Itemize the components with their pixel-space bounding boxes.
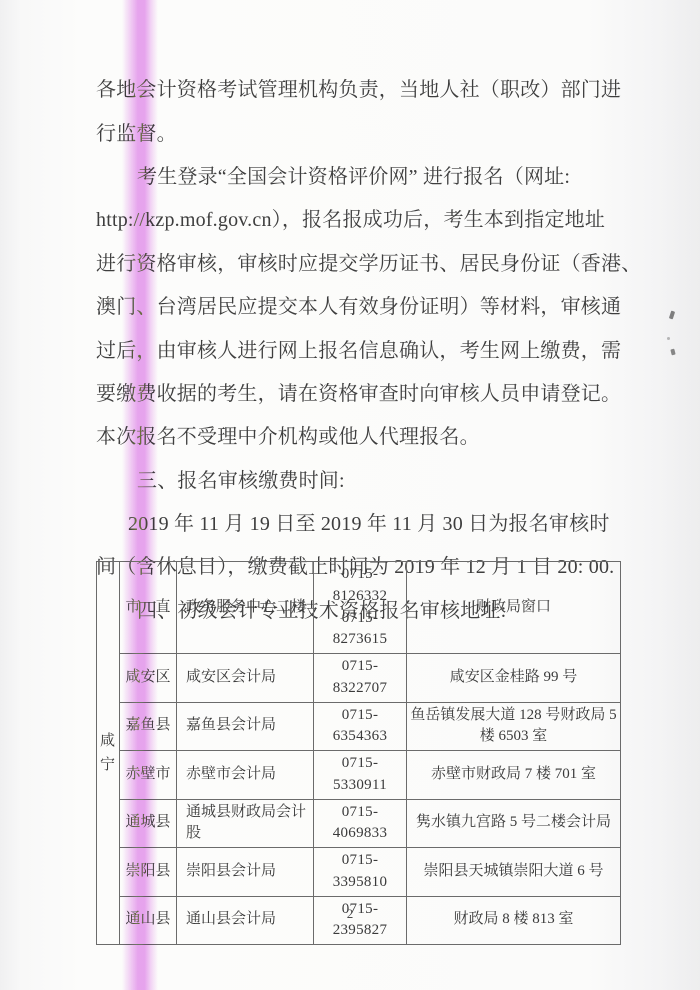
text-line: 要缴费收据的考生，请在资格审查时向审核人员申请登记。	[96, 370, 626, 413]
phone-cell: 0715-3395810	[314, 848, 407, 897]
scan-artifact	[669, 311, 675, 320]
scan-artifact	[670, 349, 675, 356]
phone-cell: 0715-6354363	[314, 702, 407, 751]
scan-artifact	[667, 337, 670, 340]
region-cell: 咸宁	[97, 562, 120, 945]
office-cell: 通城县财政局会计股	[177, 799, 314, 848]
office-cell: 赤壁市会计局	[177, 751, 314, 800]
office-cell: 嘉鱼县会计局	[177, 702, 314, 751]
registration-address-table: 咸宁 市 直 政务服务中心二楼 0715-8126332 0715-827361…	[96, 561, 621, 945]
address-cell: 赤壁市财政局 7 楼 701 室	[407, 751, 621, 800]
text-line: 过后，由审核人进行网上报名信息确认，考生网上缴费，需	[96, 326, 626, 369]
page-number: 2	[0, 906, 700, 922]
table-row: 嘉鱼县 嘉鱼县会计局 0715-6354363 鱼岳镇发展大道 128 号财政局…	[97, 702, 621, 751]
body-text: 各地会计资格考试管理机构负责，当地人社（职改）部门进 行监督。 考生登录“全国会…	[96, 66, 626, 630]
text-line: 考生登录“全国会计资格评价网” 进行报名（网址:	[96, 153, 626, 196]
phone-cell: 0715-8322707	[314, 654, 407, 703]
text-line: 行监督。	[96, 109, 626, 152]
phone-cell: 0715-4069833	[314, 799, 407, 848]
text-line: http://kzp.mof.gov.cn），报名报成功后，考生本到指定地址	[96, 196, 626, 239]
address-cell: 财政局窗口	[407, 562, 621, 654]
district-cell: 嘉鱼县	[120, 702, 177, 751]
table-row: 崇阳县 崇阳县会计局 0715-3395810 崇阳县天城镇崇阳大道 6 号	[97, 848, 621, 897]
text-line: 2019 年 11 月 19 日至 2019 年 11 月 30 日为报名审核时	[96, 500, 626, 543]
district-cell: 市 直	[120, 562, 177, 654]
section-heading-3: 三、报名审核缴费时间:	[96, 457, 626, 500]
district-cell: 崇阳县	[120, 848, 177, 897]
text-line: 本次报名不受理中介机构或他人代理报名。	[96, 413, 626, 456]
address-cell: 崇阳县天城镇崇阳大道 6 号	[407, 848, 621, 897]
text-line: 澳门、台湾居民应提交本人有效身份证明）等材料，审核通	[96, 283, 626, 326]
district-cell: 赤壁市	[120, 751, 177, 800]
district-cell: 咸安区	[120, 654, 177, 703]
address-cell: 隽水镇九宫路 5 号二楼会计局	[407, 799, 621, 848]
office-cell: 崇阳县会计局	[177, 848, 314, 897]
address-cell: 鱼岳镇发展大道 128 号财政局 5 楼 6503 室	[407, 702, 621, 751]
office-cell: 咸安区会计局	[177, 654, 314, 703]
address-cell: 咸安区金桂路 99 号	[407, 654, 621, 703]
scanned-document-page: 各地会计资格考试管理机构负责，当地人社（职改）部门进 行监督。 考生登录“全国会…	[0, 0, 700, 990]
phone-cell: 0715-5330911	[314, 751, 407, 800]
text-line: 各地会计资格考试管理机构负责，当地人社（职改）部门进	[96, 66, 626, 109]
text-line: 进行资格审核，审核时应提交学历证书、居民身份证（香港、	[96, 240, 626, 283]
table-row: 赤壁市 赤壁市会计局 0715-5330911 赤壁市财政局 7 楼 701 室	[97, 751, 621, 800]
office-cell: 政务服务中心二楼	[177, 562, 314, 654]
phone-cell: 0715-8126332 0715-8273615	[314, 562, 407, 654]
table-row: 咸宁 市 直 政务服务中心二楼 0715-8126332 0715-827361…	[97, 562, 621, 654]
table-row: 通城县 通城县财政局会计股 0715-4069833 隽水镇九宫路 5 号二楼会…	[97, 799, 621, 848]
district-cell: 通城县	[120, 799, 177, 848]
table-row: 咸安区 咸安区会计局 0715-8322707 咸安区金桂路 99 号	[97, 654, 621, 703]
